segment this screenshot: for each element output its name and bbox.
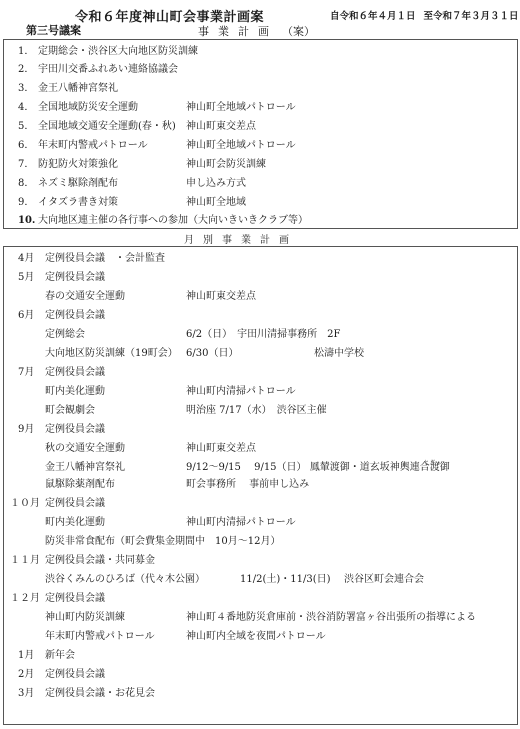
fiscal-period: 自令和６年４月１日至令和７年３月３１日 (330, 8, 520, 22)
monthly-row: 3月定例役員会議・お花見会 (4, 687, 517, 701)
plan-items-box: 1．定期総会・渋谷区大向地区防災訓練 2．宇田川交番ふれあい連絡協議会 3．金王… (3, 39, 518, 229)
monthly-row: 町内美化運動神山町内清掃パトロール (4, 385, 517, 399)
monthly-row: １１月定例役員会議・共同募金 (4, 554, 517, 568)
monthly-row: 1月新年会 (4, 649, 517, 663)
monthly-row: 鼠駆除薬剤配布町会事務所 事前申し込み (4, 478, 517, 492)
monthly-row: 渋谷くみんのひろば（代々木公園）11/2(土)・11/3(日)渋谷区町会連合会 (4, 573, 517, 587)
monthly-plan-box: 4月定例役員会議 ・会計監査 5月定例役員会議 春の交通安全運動神山町東交差点 … (3, 246, 518, 725)
monthly-row: 春の交通安全運動神山町東交差点 (4, 290, 517, 304)
plan-item: 2．宇田川交番ふれあい連絡協議会 (4, 63, 517, 77)
plan-item: 7．防犯防火対策強化神山町会防災訓練 (4, 158, 517, 172)
plan-item: 4．全国地域防災安全運動神山町全地域パトロール (4, 101, 517, 115)
monthly-row: 4月定例役員会議 ・会計監査 (4, 252, 517, 266)
monthly-row: 町会観劇会明治座 7/17（水） 渋谷区主催 (4, 404, 517, 418)
section-title-monthly: 月別事業計画 (184, 231, 298, 246)
monthly-row: 金王八幡神宮祭礼9/12〜9/15 9/15（日） 鳳輦渡御・道玄坂神輿連合渡御… (4, 461, 517, 475)
period-to: 至令和７年３月３１日 (424, 11, 519, 22)
period-from: 自令和６年４月１日 (330, 11, 416, 22)
monthly-row: 年末町内警戒パトロール神山町内全域を夜間パトロール (4, 630, 517, 644)
monthly-row: 定例総会6/2（日） 宇田川清掃事務所 2F (4, 328, 517, 342)
plan-item: 3．金王八幡神宮祭礼 (4, 82, 517, 96)
monthly-row: 秋の交通安全運動神山町東交差点 (4, 442, 517, 456)
monthly-row: 町内美化運動神山町内清掃パトロール (4, 516, 517, 530)
draft-label: （案） (282, 25, 315, 38)
monthly-row: １０月定例役員会議 (4, 497, 517, 511)
plan-item: 8．ネズミ駆除剤配布申し込み方式 (4, 177, 517, 191)
monthly-row: 7月定例役員会議 (4, 366, 517, 380)
monthly-row: 大向地区防災訓練（19町会）6/30（日）松濤中学校 (4, 347, 517, 361)
plan-item: 6．年末町内警戒パトロール神山町全地域パトロール (4, 139, 517, 153)
monthly-row: 防災非常食配布（町会費集金期間中 10月〜12月） (4, 535, 517, 549)
monthly-row: 2月定例役員会議 (4, 668, 517, 682)
plan-item: 9．イタズラ書き対策神山町全地域 (4, 196, 517, 210)
monthly-row: 神山町内防災訓練神山町４番地防災倉庫前・渋谷消防署富ヶ谷出張所の指導による (4, 611, 517, 625)
monthly-row: 6月定例役員会議 (4, 309, 517, 323)
monthly-row: 5月定例役員会議 (4, 271, 517, 285)
plan-item: 10.大向地区連主催の各行事への参加（大向いきいきクラブ等） (4, 214, 517, 228)
agenda-label: 第三号議案 (26, 22, 81, 38)
section-title-plan: 事業計画（案） (198, 23, 315, 39)
monthly-row: 9月定例役員会議 (4, 423, 517, 437)
monthly-row: １２月定例役員会議 (4, 592, 517, 606)
plan-item: 1．定期総会・渋谷区大向地区防災訓練 (4, 45, 517, 59)
plan-item: 5．全国地域交通安全運動(春・秋)神山町東交差点 (4, 120, 517, 134)
section-title-plan-text: 事業計画 (198, 25, 278, 38)
ruby-annotation: とぎょ (424, 456, 442, 470)
